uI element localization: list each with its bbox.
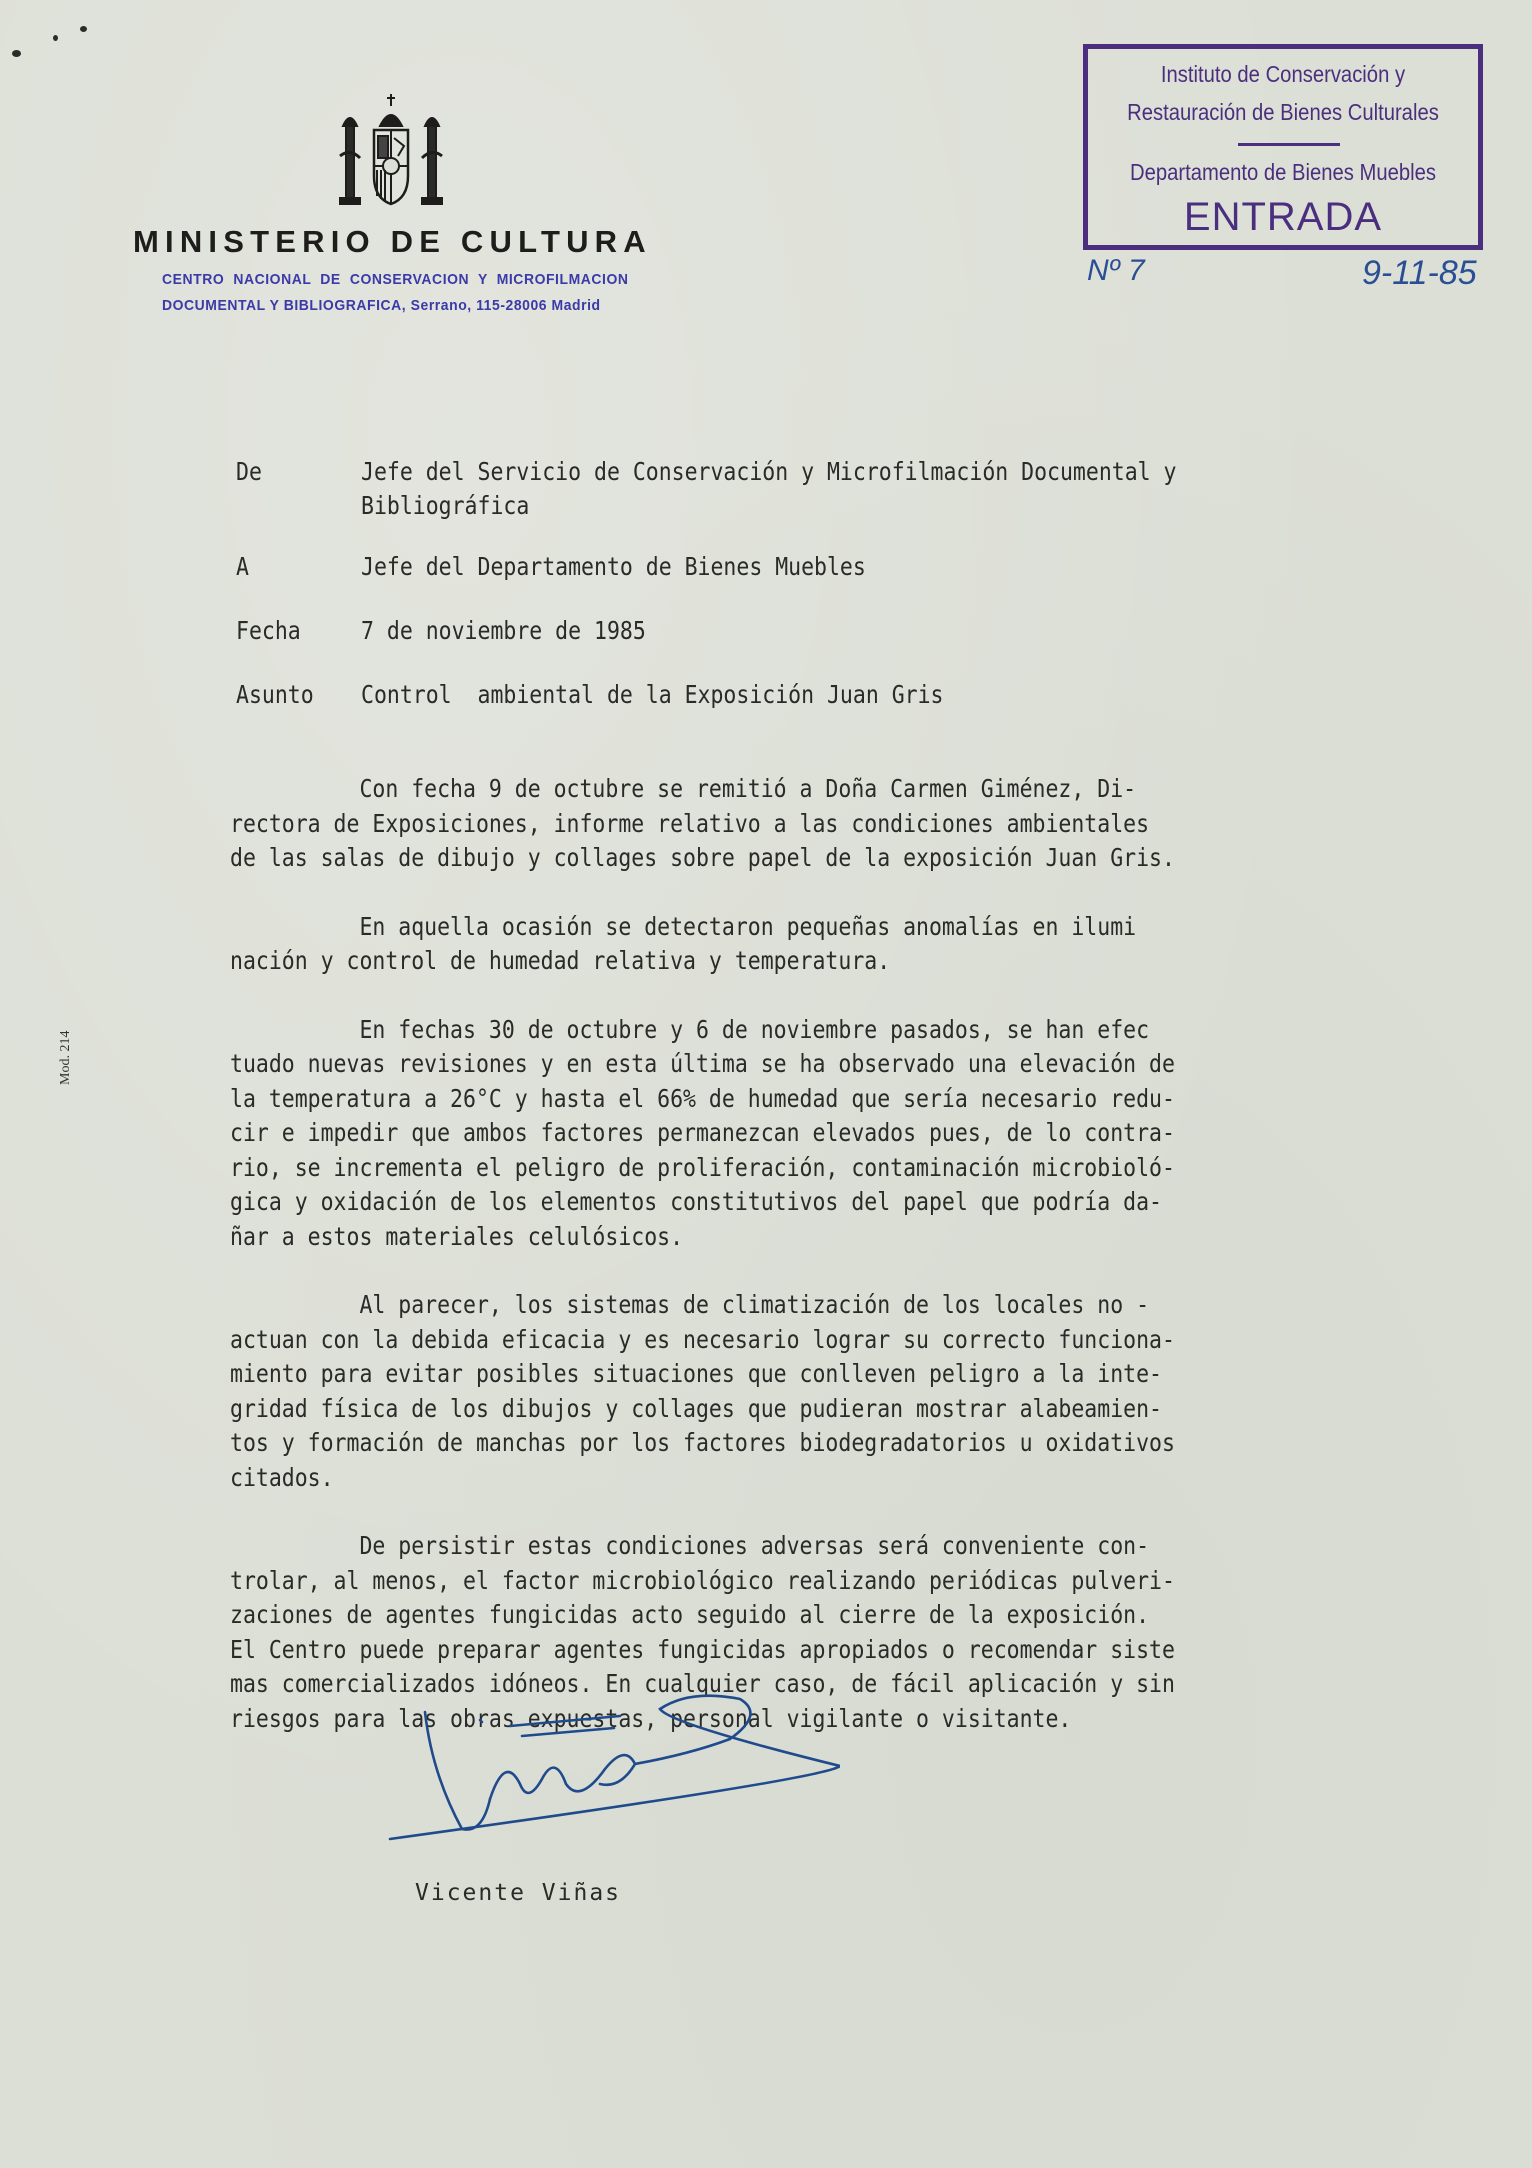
body-line: De persistir estas condiciones adversas … bbox=[230, 1529, 1331, 1564]
field-value-from: Bibliográfica bbox=[361, 489, 529, 523]
body-line: ñar a estos materiales celulósicos. bbox=[230, 1220, 1331, 1255]
ministry-title: MINISTERIO DE CULTURA bbox=[133, 224, 652, 260]
stamp-institute-line: Instituto de Conservación y bbox=[1111, 61, 1454, 88]
body-line: la temperatura a 26°C y hasta el 66% de … bbox=[230, 1082, 1331, 1117]
body-line: zaciones de agentes fungicidas acto segu… bbox=[230, 1598, 1331, 1633]
punch-hole bbox=[12, 50, 21, 57]
coat-of-arms-icon bbox=[336, 86, 446, 210]
signer-name: Vicente Viñas bbox=[415, 1880, 621, 1906]
handwritten-entry-number: Nº 7 bbox=[1087, 254, 1145, 288]
body-paragraph: Al parecer, los sistemas de climatizació… bbox=[230, 1288, 1331, 1495]
field-value-date: 7 de noviembre de 1985 bbox=[361, 614, 646, 648]
field-value-from: Jefe del Servicio de Conservación y Micr… bbox=[361, 455, 1176, 489]
body-line: gridad física de los dibujos y collages … bbox=[230, 1392, 1331, 1427]
body-line: actuan con la debida eficacia y es neces… bbox=[230, 1323, 1331, 1358]
body-line: rio, se incrementa el peligro de prolife… bbox=[230, 1151, 1331, 1186]
form-model-mark: Mod. 214 bbox=[58, 1031, 74, 1085]
punch-hole bbox=[53, 35, 58, 41]
body-line: tos y formación de manchas por los facto… bbox=[230, 1426, 1331, 1461]
handwritten-entry-date: 9-11-85 bbox=[1362, 254, 1477, 293]
body-line: trolar, al menos, el factor microbiológi… bbox=[230, 1564, 1331, 1599]
body-line: Con fecha 9 de octubre se remitió a Doña… bbox=[230, 772, 1331, 807]
body-line: Al parecer, los sistemas de climatizació… bbox=[230, 1288, 1331, 1323]
body-paragraph: En fechas 30 de octubre y 6 de noviembre… bbox=[230, 1013, 1331, 1255]
entrada-stamp: Instituto de Conservación y Restauración… bbox=[1083, 44, 1483, 250]
centre-name-line: CENTRO NACIONAL DE CONSERVACION Y MICROF… bbox=[162, 271, 628, 288]
stamp-department-line: Departamento de Bienes Muebles bbox=[1111, 159, 1454, 186]
body-line: cir e impedir que ambos factores permane… bbox=[230, 1116, 1331, 1151]
punch-hole bbox=[80, 26, 87, 32]
handwritten-signature-icon bbox=[370, 1684, 840, 1844]
field-value-subject: Control ambiental de la Exposición Juan … bbox=[361, 678, 943, 712]
stamp-divider bbox=[1238, 143, 1340, 146]
body-line: gica y oxidación de los elementos consti… bbox=[230, 1185, 1331, 1220]
body-line: rectora de Exposiciones, informe relativ… bbox=[230, 807, 1331, 842]
body-line: miento para evitar posibles situaciones … bbox=[230, 1357, 1331, 1392]
field-label-from: De bbox=[236, 455, 262, 489]
field-label-to: A bbox=[236, 550, 249, 584]
letter-body: Con fecha 9 de octubre se remitió a Doña… bbox=[230, 772, 1331, 1770]
stamp-institute-line: Restauración de Bienes Culturales bbox=[1111, 99, 1454, 126]
body-line: de las salas de dibujo y collages sobre … bbox=[230, 841, 1331, 876]
body-line: En fechas 30 de octubre y 6 de noviembre… bbox=[230, 1013, 1331, 1048]
field-label-date: Fecha bbox=[236, 614, 301, 648]
body-line: El Centro puede preparar agentes fungici… bbox=[230, 1633, 1331, 1668]
body-line: En aquella ocasión se detectaron pequeña… bbox=[230, 910, 1331, 945]
body-line: nación y control de humedad relativa y t… bbox=[230, 944, 1331, 979]
field-label-subject: Asunto bbox=[236, 678, 314, 712]
body-paragraph: Con fecha 9 de octubre se remitió a Doña… bbox=[230, 772, 1331, 876]
centre-address-line: DOCUMENTAL Y BIBLIOGRAFICA, Serrano, 115… bbox=[162, 297, 601, 314]
field-value-to: Jefe del Departamento de Bienes Muebles bbox=[361, 550, 866, 584]
body-line: citados. bbox=[230, 1461, 1331, 1496]
body-paragraph: En aquella ocasión se detectaron pequeña… bbox=[230, 910, 1331, 979]
body-line: tuado nuevas revisiones y en esta última… bbox=[230, 1047, 1331, 1082]
stamp-entrada-label: ENTRADA bbox=[1088, 195, 1478, 240]
